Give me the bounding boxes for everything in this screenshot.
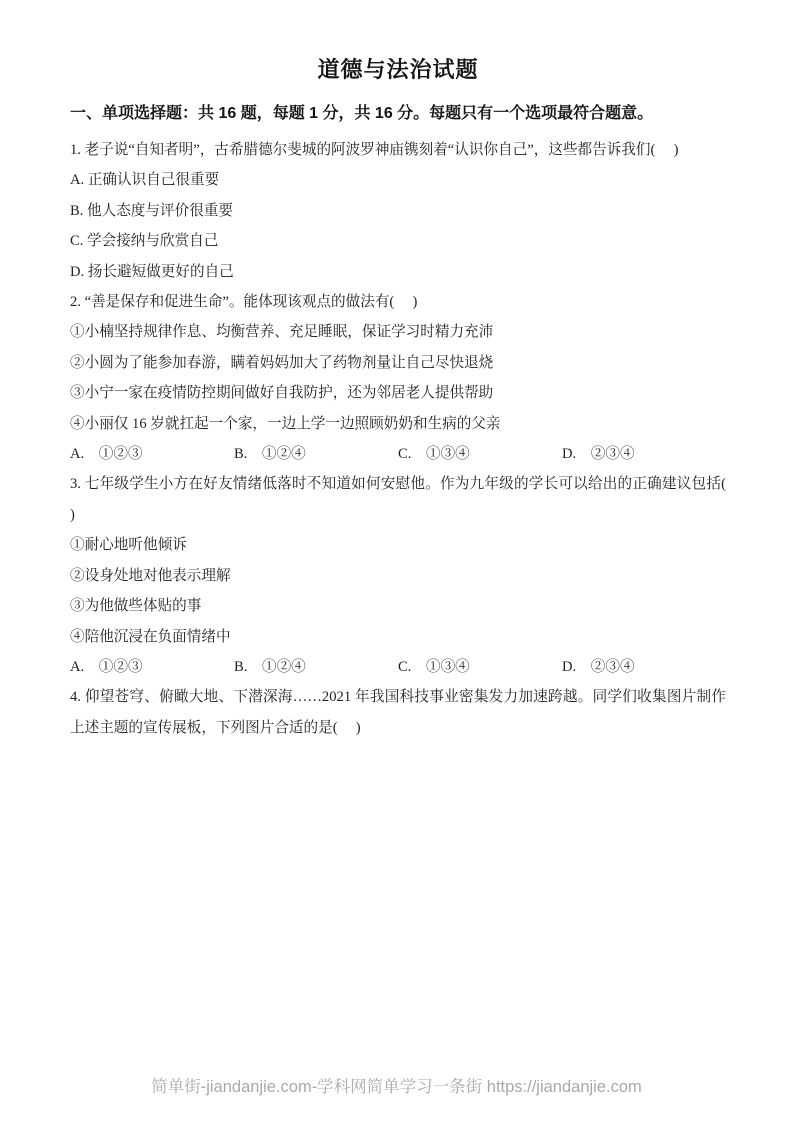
question-2-option-a: A. ①②③	[70, 439, 234, 469]
doc-title: 道德与法治试题	[70, 54, 726, 86]
question-3-item-1: ①耐心地听他倾诉	[70, 530, 726, 560]
question-3-option-a: A. ①②③	[70, 652, 234, 682]
question-4-stem: 4. 仰望苍穹、俯瞰大地、下潜深海……2021 年我国科技事业密集发力加速跨越。…	[70, 682, 726, 743]
question-2-option-d: D. ②③④	[562, 439, 726, 469]
question-1-option-c: C. 学会接纳与欣赏自己	[70, 226, 726, 256]
exam-content: 道德与法治试题 一、单项选择题：共 16 题，每题 1 分，共 16 分。每题只…	[0, 0, 793, 743]
question-3-options-row: A. ①②③ B. ①②④ C. ①③④ D. ②③④	[70, 652, 726, 682]
question-2-item-4: ④小丽仅 16 岁就扛起一个家，一边上学一边照顾奶奶和生病的父亲	[70, 409, 726, 439]
question-3-item-4: ④陪他沉浸在负面情绪中	[70, 622, 726, 652]
question-2-item-2: ②小圆为了能参加春游，瞒着妈妈加大了药物剂量让自己尽快退烧	[70, 348, 726, 378]
exam-page: 道德与法治试题 一、单项选择题：共 16 题，每题 1 分，共 16 分。每题只…	[0, 0, 793, 1122]
question-2-options-row: A. ①②③ B. ①②④ C. ①③④ D. ②③④	[70, 439, 726, 469]
question-1-option-b: B. 他人态度与评价很重要	[70, 196, 726, 226]
question-3-option-c: C. ①③④	[398, 652, 562, 682]
question-3-stem: 3. 七年级学生小方在好友情绪低落时不知道如何安慰他。作为九年级的学长可以给出的…	[70, 469, 726, 530]
question-3-option-d: D. ②③④	[562, 652, 726, 682]
question-1-stem: 1. 老子说“自知者明”，古希腊德尔斐城的阿波罗神庙镌刻着“认识你自己”，这些都…	[70, 135, 726, 165]
question-3-item-2: ②设身处地对他表示理解	[70, 561, 726, 591]
question-3-item-3: ③为他做些体贴的事	[70, 591, 726, 621]
question-2-item-1: ①小楠坚持规律作息、均衡营养、充足睡眠，保证学习时精力充沛	[70, 317, 726, 347]
question-2-stem: 2. “善是保存和促进生命”。能体现该观点的做法有( )	[70, 287, 726, 317]
question-1-option-a: A. 正确认识自己很重要	[70, 165, 726, 195]
question-2-option-c: C. ①③④	[398, 439, 562, 469]
question-2-item-3: ③小宁一家在疫情防控期间做好自我防护，还为邻居老人提供帮助	[70, 378, 726, 408]
footer-watermark: 简单街-jiandanjie.com-学科网简单学习一条街 https://ji…	[0, 1076, 793, 1098]
question-1-option-d: D. 扬长避短做更好的自己	[70, 257, 726, 287]
question-2-option-b: B. ①②④	[234, 439, 398, 469]
section-header: 一、单项选择题：共 16 题，每题 1 分，共 16 分。每题只有一个选项最符合…	[70, 100, 726, 128]
question-3-option-b: B. ①②④	[234, 652, 398, 682]
